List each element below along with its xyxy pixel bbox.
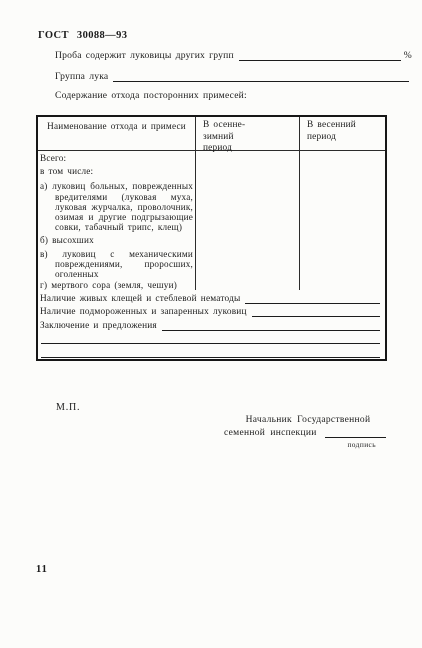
field-onion-group-blank-line: [113, 71, 409, 82]
field-onion-group: Группа лука: [55, 71, 412, 82]
field-sample-contains-suffix: %: [404, 50, 412, 61]
line-frostbitten-bulbs-label: Наличие подмороженных и запаренных луков…: [40, 307, 247, 318]
signature-title-line2: семенной инспекции: [224, 427, 317, 440]
field-sample-contains: Проба содержит луковицы других групп %: [55, 50, 412, 61]
line-conclusion: Заключение и предложения: [40, 318, 381, 332]
spring-value-cell: [300, 151, 385, 290]
blank-line-2: [40, 345, 381, 359]
row-including: в том числе:: [40, 166, 193, 176]
page-number: 11: [36, 564, 48, 575]
waste-items-cell: Всего: в том числе: а) луковиц больных, …: [38, 151, 196, 290]
section-heading: Содержание отхода посторонних примесей:: [55, 90, 247, 101]
table-body: Всего: в том числе: а) луковиц больных, …: [38, 151, 385, 290]
col-header-autumn-winter-period: В осенне- зимний период: [196, 117, 300, 150]
waste-content-table: Наименование отхода и примеси В осенне- …: [36, 115, 387, 361]
row-item-b-dried: б) высохших: [40, 235, 193, 245]
autumn-winter-value-cell: [196, 151, 300, 290]
line-conclusion-label: Заключение и предложения: [40, 321, 157, 332]
table-header-row: Наименование отхода и примеси В осенне- …: [38, 117, 385, 151]
signature-block: Начальник Государственной семенной инспе…: [224, 414, 392, 449]
line-live-mites-label: Наличие живых клещей и стеблевой нематод…: [40, 294, 240, 305]
field-sample-contains-label: Проба содержит луковицы других групп: [55, 50, 234, 61]
table-footer-lines: Наличие живых клещей и стеблевой нематод…: [38, 290, 385, 359]
field-sample-contains-blank-line: [239, 50, 401, 61]
line-live-mites: Наличие живых клещей и стеблевой нематод…: [40, 291, 381, 305]
col-header-waste-name: Наименование отхода и примеси: [38, 117, 196, 150]
line-live-mites-blank: [245, 295, 380, 304]
row-item-g-dead-debris: г) мертвого сора (земля, чешуи): [40, 280, 193, 290]
line-frostbitten-bulbs-blank: [252, 308, 380, 317]
blank-line-1-rule: [41, 335, 380, 344]
line-conclusion-blank: [162, 322, 380, 331]
signature-line-row: семенной инспекции: [224, 427, 392, 440]
document-page: ГОСТ 30088—93 Проба содержит луковицы др…: [0, 0, 422, 648]
row-item-a-diseased-bulbs: а) луковиц больных, поврежденных вредите…: [40, 181, 193, 232]
stamp-place-mark: М.П.: [56, 402, 80, 413]
row-item-v-damaged-bulbs: в) луковиц с механическими повреждениями…: [40, 249, 193, 280]
blank-line-1: [40, 332, 381, 346]
signature-blank-line: [325, 428, 386, 438]
blank-line-2-rule: [41, 349, 380, 358]
signature-caption: подпись: [224, 440, 392, 449]
row-total: Всего:: [40, 153, 193, 163]
doc-number: ГОСТ 30088—93: [38, 30, 127, 41]
field-onion-group-label: Группа лука: [55, 71, 108, 82]
line-frostbitten-bulbs: Наличие подмороженных и запаренных луков…: [40, 305, 381, 319]
signature-title-line1: Начальник Государственной: [224, 414, 392, 427]
col-header-spring-period: В весенний период: [300, 117, 385, 150]
